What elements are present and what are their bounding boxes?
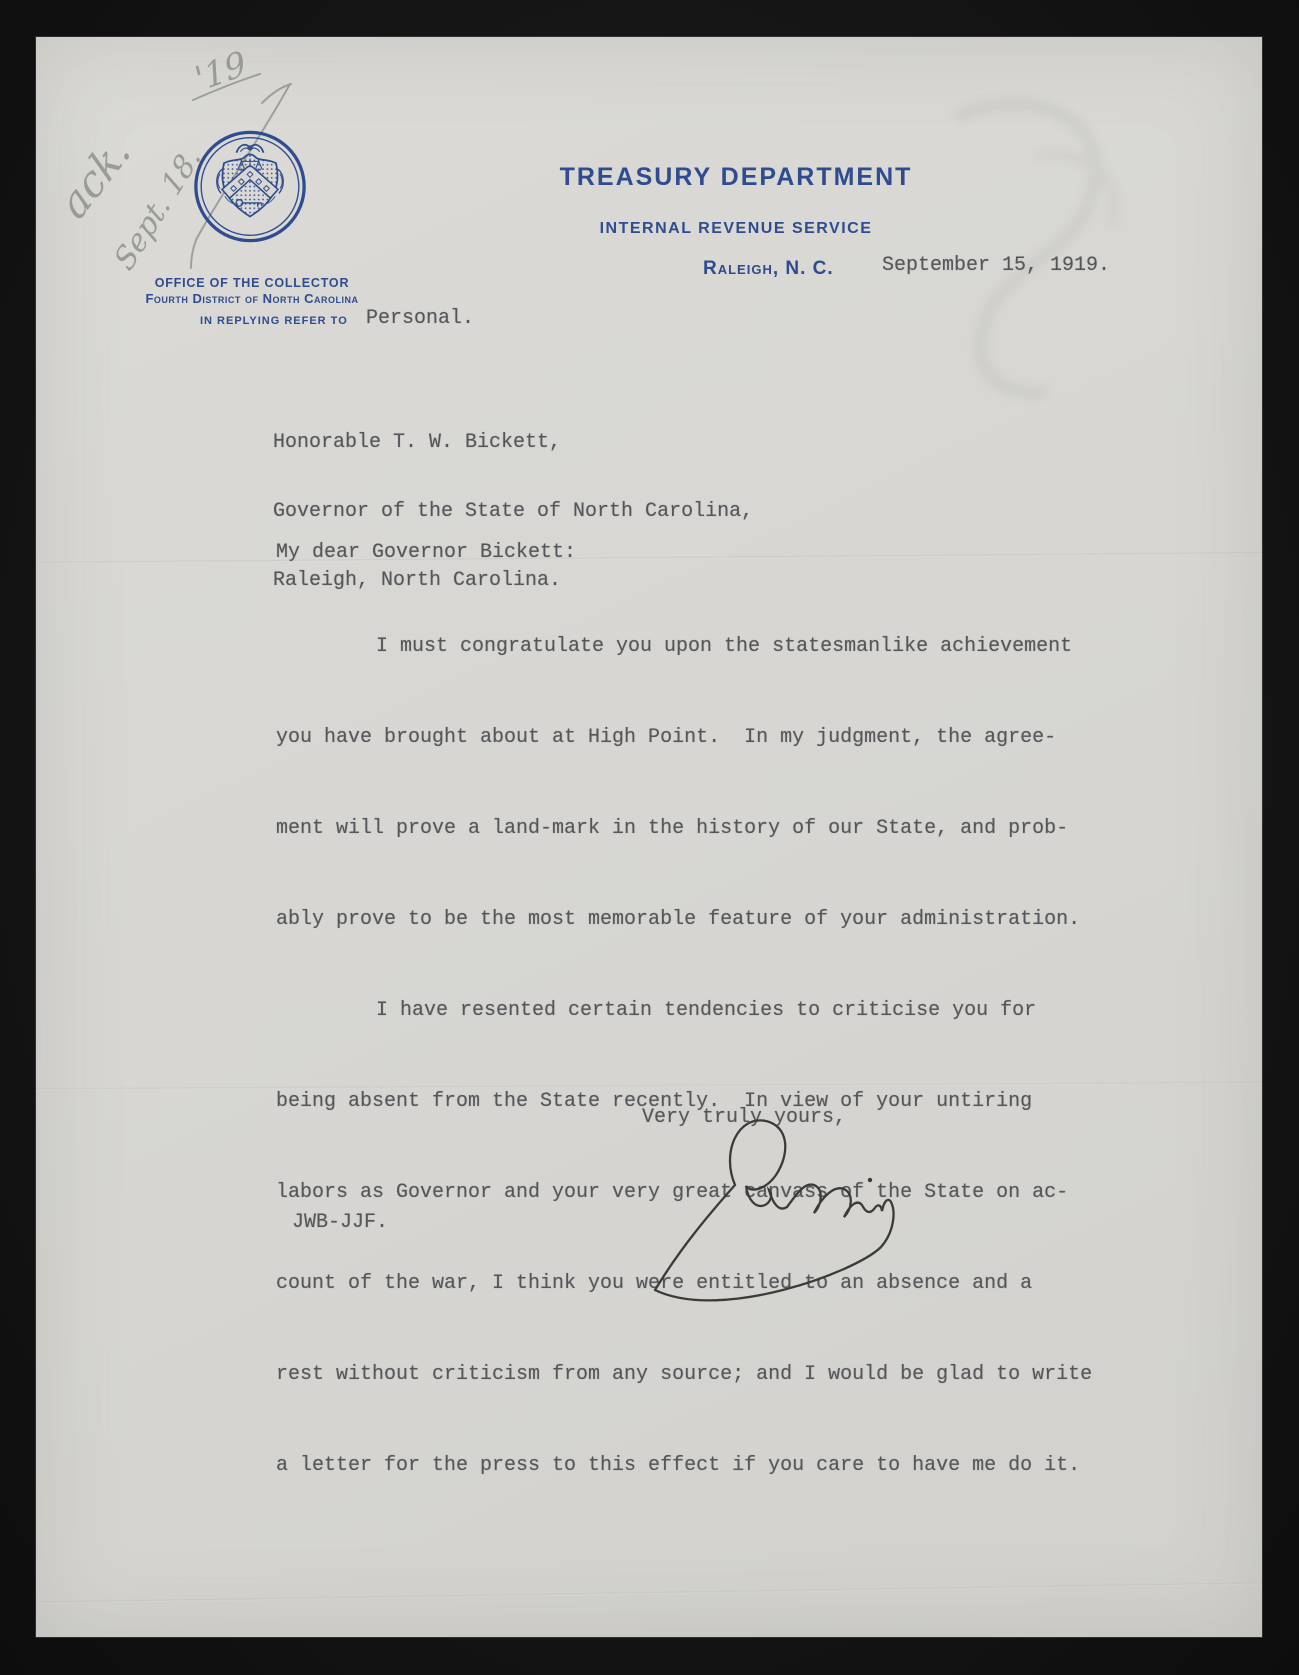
scan-frame: ack. Sept. 18. '19 (0, 0, 1299, 1675)
refer-value-typed: Personal. (366, 309, 474, 329)
treasury-department-seal (192, 128, 308, 245)
recipient-line: Raleigh, North Carolina. (273, 566, 753, 595)
district-line: Fourth District of North Carolina (102, 291, 402, 306)
body-line: ment will prove a land-mark in the histo… (276, 817, 1092, 868)
recipient-line: Honorable T. W. Bickett, (273, 428, 753, 457)
body-line: a letter for the press to this effect if… (276, 1454, 1092, 1505)
letter-page: ack. Sept. 18. '19 (36, 37, 1262, 1637)
letter-body: I must congratulate you upon the statesm… (276, 595, 1092, 1545)
refer-label: IN REPLYING REFER TO (200, 315, 348, 327)
typist-initials: JWB-JJF. (292, 1213, 388, 1233)
recipient-line: Governor of the State of North Carolina, (273, 497, 753, 526)
salutation: My dear Governor Bickett: (276, 543, 576, 563)
paper-crease (36, 1582, 1262, 1603)
body-line: I must congratulate you upon the statesm… (276, 635, 1092, 686)
letterhead-service-title: INTERNAL REVENUE SERVICE (600, 220, 873, 238)
body-line: I have resented certain tendencies to cr… (276, 999, 1092, 1050)
typed-date: September 15, 1919. (882, 256, 1110, 276)
office-of-collector-line: OFFICE OF THE COLLECTOR (102, 276, 402, 290)
body-line: ably prove to be the most memorable feat… (276, 908, 1092, 959)
letterhead-department-title: TREASURY DEPARTMENT (560, 163, 913, 192)
body-line: rest without criticism from any source; … (276, 1363, 1092, 1414)
letterhead-place: Raleigh, N. C. (703, 258, 834, 280)
body-line: you have brought about at High Point. In… (276, 726, 1092, 777)
signature (626, 1097, 946, 1337)
